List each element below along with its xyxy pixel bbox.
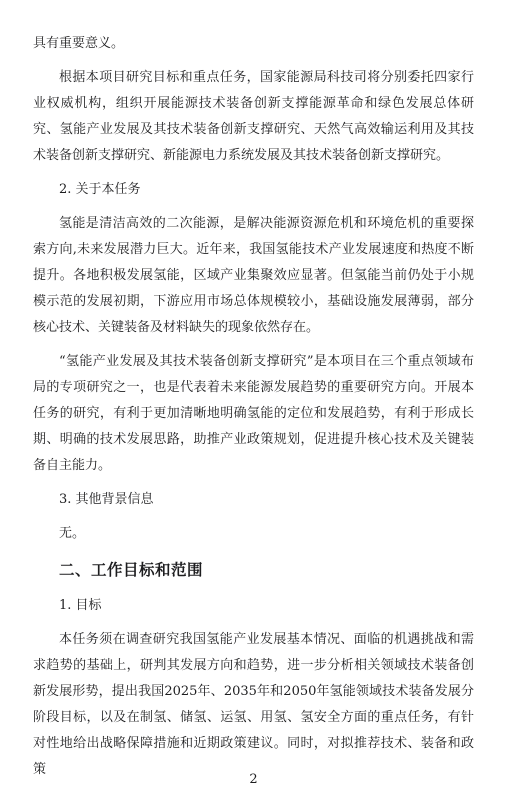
paragraph: 氢能是清洁高效的二次能源，是解决能源资源危机和环境危机的重要探索方向,未来发展潜… (33, 211, 474, 341)
subsection-label: 2. 关于本任务 (33, 177, 474, 203)
paragraph: 根据本项目研究目标和重点任务，国家能源局科技司将分别委托四家行业权威机构，组织开… (33, 65, 474, 169)
subsection-label: 3. 其他背景信息 (33, 487, 474, 513)
paragraph-continuation: 具有重要意义。 (33, 31, 474, 57)
page-number: 2 (0, 773, 507, 787)
paragraph: 本任务须在调查研究我国氢能产业发展基本情况、面临的机遇挑战和需求趋势的基础上，研… (33, 627, 474, 783)
subsection-label: 1. 目标 (33, 593, 474, 619)
section-heading: 二、工作目标和范围 (33, 557, 474, 583)
paragraph-short: 无。 (33, 521, 474, 547)
document-page: 具有重要意义。 根据本项目研究目标和重点任务，国家能源局科技司将分别委托四家行业… (0, 0, 507, 805)
paragraph: “氢能产业发展及其技术装备创新支撑研究”是本项目在三个重点领域布局的专项研究之一… (33, 349, 474, 479)
